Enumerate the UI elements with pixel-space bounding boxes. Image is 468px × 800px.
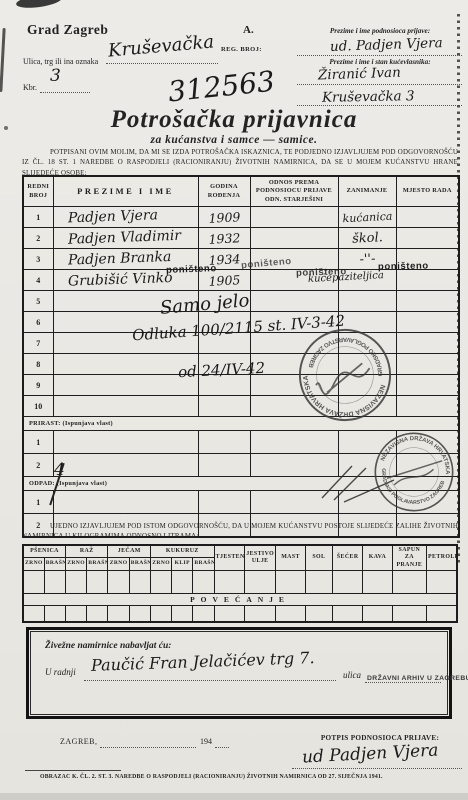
- city-name: Grad Zagreb: [27, 22, 108, 38]
- header-odnos: ODNOS PREMA PODNOSIOCU PRIJAVE ODN. STAR…: [250, 176, 338, 207]
- dotted-line: [297, 84, 462, 85]
- supplies-group-header-row: PŠENICA RAŽ JEČAM KUKURUZ TJESTENINE JES…: [23, 545, 457, 557]
- header-redni-broj: REDNI BROJ: [23, 176, 53, 207]
- row-number: 1: [23, 491, 53, 514]
- header-petrolej: PETROLEJ: [427, 545, 457, 571]
- purchase-declaration-box: Živežne namirnice nabavljat ću: U radnji…: [26, 627, 452, 719]
- header-sapun: SAPUN ZA PRANJE: [392, 545, 426, 571]
- povecanje-row: POVEĆANJE: [23, 594, 457, 606]
- official-round-stamp: NEZAVISNA DRŽAVA HRVATSKA GRADSKO POGLAV…: [290, 320, 399, 429]
- header-kava: KAVA: [363, 545, 392, 571]
- form-title: Potrošačka prijavnica: [0, 106, 468, 134]
- shop-label: U radnji: [45, 667, 76, 677]
- row-number: 1: [23, 431, 53, 454]
- birth-year: 1909: [198, 208, 250, 226]
- sub-zrno: ZRNO: [23, 557, 44, 570]
- house-owner-name-handwritten: Žiranić Ivan: [318, 65, 401, 84]
- header-secer: ŠEĆER: [332, 545, 362, 571]
- dotted-line: [40, 92, 90, 93]
- row-number: 5: [23, 291, 53, 312]
- footer-rule: [25, 770, 121, 771]
- table-row-cancelled: 4 Grubišić Vinko 1905: [23, 270, 459, 291]
- header-jestivo-ulje: JESTIVO ULJE: [245, 545, 276, 571]
- birth-year: 1932: [198, 229, 250, 247]
- street-label: Ulica, trg ili ina oznaka: [23, 57, 98, 66]
- header-psenica: PŠENICA: [23, 545, 65, 557]
- row-number: 2: [23, 454, 53, 477]
- header-mjesto-rada: MJESTO RADA: [396, 176, 459, 207]
- sub-brasno: BRAŠNO: [129, 557, 150, 570]
- person-name: Padjen Vjera: [53, 207, 157, 227]
- official-round-stamp: NEZAVISNA DRŽAVA HRVATSKA GRADSKO POGLAV…: [364, 422, 464, 522]
- header-prezime-ime: PREZIME I IME: [53, 176, 198, 207]
- scan-edge-mark: [0, 28, 5, 92]
- scan-bottom-edge: [0, 793, 468, 800]
- house-number-value-handwritten: 3: [50, 66, 61, 86]
- reg-number-label: REG. BROJ:: [221, 46, 262, 53]
- scanned-form-page: Grad Zagreb Ulica, trg ili ina oznaka Kr…: [0, 0, 468, 800]
- footer-place: ZAGREB,: [60, 737, 98, 746]
- header-zanimanje: ZANIMANJE: [338, 176, 396, 207]
- shop-value-handwritten: Paučić Fran Jelačićev trg 7.: [91, 648, 315, 675]
- header-godina-rodjenja: GODINA ROĐENJA: [198, 176, 250, 207]
- header-jecam: JEČAM: [108, 545, 150, 557]
- cancel-stamp: poništeno: [166, 263, 217, 276]
- dotted-line: [292, 768, 462, 769]
- row-number: 1: [23, 207, 53, 228]
- svg-text:GRADSKO POGLAVARSTVO ZAGREB: GRADSKO POGLAVARSTVO ZAGREB: [374, 467, 447, 512]
- reg-number-handwritten: 312563: [167, 65, 277, 109]
- sub-klip: KLIP: [172, 557, 193, 570]
- row-number: 3: [23, 249, 53, 270]
- house-owner-address-handwritten: Kruševačka 3: [322, 88, 415, 106]
- cancel-stamp: poništeno: [378, 261, 429, 273]
- row-number: 9: [23, 375, 53, 396]
- stamp-ring-text-bottom: GRADSKO POGLAVARSTVO ZAGREB: [374, 467, 447, 512]
- supplies-declaration: UJEDNO IZJAVLJUJEM POD ISTOM ODGOVORNOŠĆ…: [22, 522, 458, 543]
- supplies-empty-row: [23, 606, 457, 623]
- table-row: 10: [23, 396, 459, 417]
- row-number: 6: [23, 312, 53, 333]
- row-number: 7: [23, 333, 53, 354]
- table-header-row: REDNI BROJ PREZIME I IME GODINA ROĐENJA …: [23, 176, 459, 207]
- dotted-line: [215, 747, 229, 748]
- dotted-line: [297, 55, 462, 56]
- dotted-line: [84, 680, 336, 681]
- sub-brasno: BRAŠNO: [193, 557, 214, 570]
- sub-brasno: BRAŠNO: [44, 557, 65, 570]
- row-number: 10: [23, 396, 53, 417]
- dotted-line: [365, 682, 441, 683]
- header-tjestenine: TJESTENINE: [214, 545, 244, 571]
- sub-zrno: ZRNO: [150, 557, 171, 570]
- sub-zrno: ZRNO: [108, 557, 129, 570]
- archive-stamp: DRŽAVNI ARHIV U ZAGREBU: [367, 675, 468, 682]
- header-sol: SOL: [305, 545, 332, 571]
- street-value-handwritten: Kruševačka: [107, 31, 215, 61]
- house-number-label: Kbr.: [23, 83, 37, 92]
- person-name: Grubišić Vinko: [53, 270, 172, 290]
- header-raz: RAŽ: [65, 545, 107, 557]
- applicant-name-handwritten: ud. Padjen Vjera: [330, 35, 443, 55]
- section-letter: A.: [243, 24, 254, 36]
- occupation: kućanica: [338, 209, 396, 225]
- person-name: Padjen Branka: [53, 249, 171, 269]
- food-supplies-table: PŠENICA RAŽ JEČAM KUKURUZ TJESTENINE JES…: [22, 544, 458, 623]
- person-name: Padjen Vladimir: [53, 228, 180, 248]
- header-mast: MAST: [276, 545, 305, 571]
- footer-year-fragment: 194: [200, 737, 212, 746]
- stamp-signature-scribble: [386, 450, 442, 493]
- signature-handwritten: ud Padjen Vjera: [302, 740, 439, 767]
- purchase-heading: Živežne namirnice nabavljat ću:: [45, 641, 171, 651]
- row-number: 4: [23, 270, 53, 291]
- applicant-label: Prezime i ime podnosioca prijave:: [298, 27, 462, 35]
- occupation: škol.: [338, 229, 396, 247]
- scan-ink-mark: [15, 0, 62, 10]
- row-number: 8: [23, 354, 53, 375]
- form-reference-note: OBRAZAC K. ČL. 2. ST. 3. NAREDBE O RASPO…: [40, 774, 440, 780]
- street-suffix-label: ulica: [343, 670, 361, 680]
- row-number: 2: [23, 228, 53, 249]
- header-kukuruz: KUKURUZ: [150, 545, 214, 557]
- dotted-line: [106, 63, 218, 64]
- sub-zrno: ZRNO: [65, 557, 86, 570]
- dotted-line: [100, 747, 196, 748]
- table-row: 1 Padjen Vjera 1909 kućanica: [23, 207, 459, 228]
- form-subtitle: za kućanstva i samce — samice.: [0, 134, 468, 146]
- sub-brasno: BRAŠNO: [87, 557, 108, 570]
- stamp-signature-scribble: [315, 358, 370, 399]
- table-row: 2 Padjen Vladimir 1932 škol.: [23, 228, 459, 249]
- supplies-empty-row: [23, 571, 457, 594]
